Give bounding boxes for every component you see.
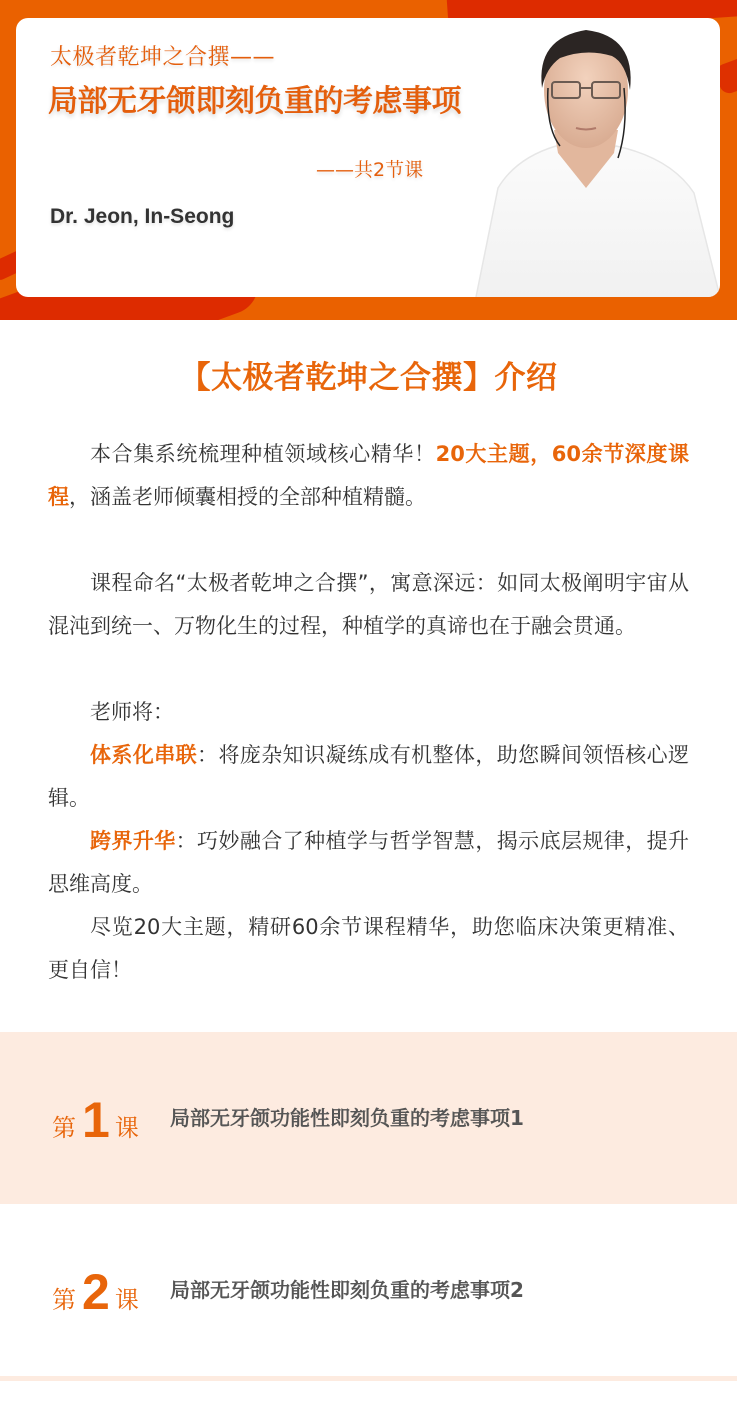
intro-paragraph-1: 本合集系统梳理种植领域核心精华！20大主题，60余节深度课程，涵盖老师倾囊相授的… bbox=[48, 433, 689, 519]
course-title: 局部无牙颌即刻负重的考虑事项 bbox=[48, 76, 461, 120]
lesson-item-2[interactable]: 第 2 课 局部无牙颌功能性即刻负重的考虑事项2 bbox=[0, 1204, 737, 1376]
paragraph-text: ，涵盖老师倾囊相授的全部种植精髓。 bbox=[69, 485, 426, 509]
lesson-title[interactable]: 局部无牙颌功能性即刻负重的考虑事项1 bbox=[170, 1104, 524, 1132]
lesson-item-1[interactable]: 第 1 课 局部无牙颌功能性即刻负重的考虑事项1 bbox=[0, 1032, 737, 1204]
intro-point-2: 跨界升华：巧妙融合了种植学与哲学智慧，揭示底层规律，提升思维高度。 bbox=[48, 820, 689, 906]
point-label: 体系化串联 bbox=[90, 743, 197, 767]
lesson-prefix: 第 bbox=[52, 1114, 76, 1142]
instructor-name: Dr. Jeon, In-Seong bbox=[50, 205, 234, 229]
series-kicker: 太极者乾坤之合撰—— bbox=[50, 40, 275, 71]
course-intro: 【太极者乾坤之合撰】介绍 本合集系统梳理种植领域核心精华！20大主题，60余节深… bbox=[0, 320, 737, 992]
paragraph-text: 本合集系统梳理种植领域核心精华！ bbox=[90, 442, 436, 466]
intro-paragraph-3-lead: 老师将： bbox=[48, 691, 689, 734]
intro-paragraph-2: 课程命名“太极者乾坤之合撰”，寓意深远：如同太极阐明宇宙从混沌到统一、万物化生的… bbox=[48, 562, 689, 648]
lesson-suffix: 课 bbox=[115, 1114, 139, 1142]
lesson-prefix: 第 bbox=[52, 1286, 76, 1314]
lesson-number: 2 bbox=[82, 1270, 110, 1314]
lesson-number-label: 第 1 课 bbox=[52, 1094, 170, 1142]
course-banner: 太极者乾坤之合撰—— 局部无牙颌即刻负重的考虑事项 ——共2节课 Dr. Jeo… bbox=[0, 0, 737, 320]
lesson-count: ——共2节课 bbox=[316, 155, 423, 182]
point-label: 跨界升华 bbox=[90, 829, 176, 853]
lesson-title[interactable]: 局部无牙颌功能性即刻负重的考虑事项2 bbox=[170, 1276, 524, 1304]
instructor-portrait-image bbox=[436, 18, 720, 297]
lesson-number-label: 第 2 课 bbox=[52, 1266, 170, 1314]
intro-point-1: 体系化串联：将庞杂知识凝练成有机整体，助您瞬间领悟核心逻辑。 bbox=[48, 734, 689, 820]
intro-closing: 尽览20大主题，精研60余节课程精华，助您临床决策更精准、更自信！ bbox=[48, 906, 689, 992]
lesson-list: 第 1 课 局部无牙颌功能性即刻负重的考虑事项1 第 2 课 局部无牙颌功能性即… bbox=[0, 1032, 737, 1381]
next-row-edge bbox=[0, 1376, 737, 1381]
banner-card: 太极者乾坤之合撰—— 局部无牙颌即刻负重的考虑事项 ——共2节课 Dr. Jeo… bbox=[16, 18, 720, 297]
lesson-number: 1 bbox=[82, 1098, 110, 1142]
lesson-suffix: 课 bbox=[115, 1286, 139, 1314]
intro-title: 【太极者乾坤之合撰】介绍 bbox=[48, 356, 689, 401]
